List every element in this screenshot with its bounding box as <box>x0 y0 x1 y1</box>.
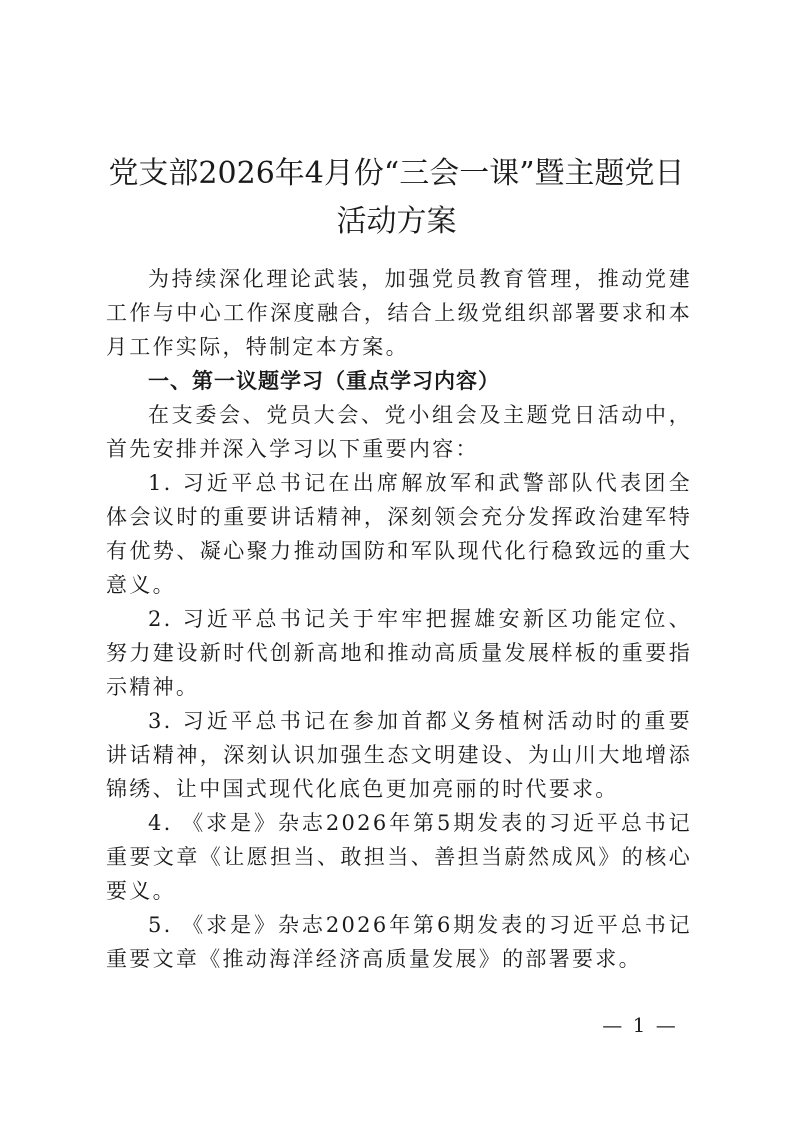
list-item-2: 2. 习近平总书记关于牢牢把握雄安新区功能定位、努力建设新时代创新高地和推动高质… <box>106 602 692 704</box>
list-item-3: 3. 习近平总书记在参加首都义务植树活动时的重要讲话精神，深刻认识加强生态文明建… <box>106 704 692 806</box>
list-item-1: 1. 习近平总书记在出席解放军和武警部队代表团全体会议时的重要讲话精神，深刻领会… <box>106 466 692 602</box>
list-item-5: 5. 《求是》杂志2026年第6期发表的习近平总书记重要文章《推动海洋经济高质量… <box>106 908 692 976</box>
section-intro-paragraph: 在支委会、党员大会、党小组会及主题党日活动中，首先安排并深入学习以下重要内容： <box>106 398 692 466</box>
title-line-2: 活动方案 <box>337 204 457 239</box>
section-heading-1: 一、第一议题学习（重点学习内容） <box>106 364 692 398</box>
document-body: 为持续深化理论武装，加强党员教育管理，推动党建工作与中心工作深度融合，结合上级党… <box>106 262 692 976</box>
list-item-4: 4. 《求是》杂志2026年第5期发表的习近平总书记重要文章《让愿担当、敢担当、… <box>106 806 692 908</box>
document-title: 党支部2026年4月份“三会一课”暨主题党日 活动方案 <box>100 150 693 246</box>
page-number: — 1 — <box>590 1013 690 1037</box>
title-line-1: 党支部2026年4月份“三会一课”暨主题党日 <box>108 156 684 191</box>
intro-paragraph: 为持续深化理论武装，加强党员教育管理，推动党建工作与中心工作深度融合，结合上级党… <box>106 262 692 364</box>
document-page: 党支部2026年4月份“三会一课”暨主题党日 活动方案 为持续深化理论武装，加强… <box>0 0 793 1122</box>
